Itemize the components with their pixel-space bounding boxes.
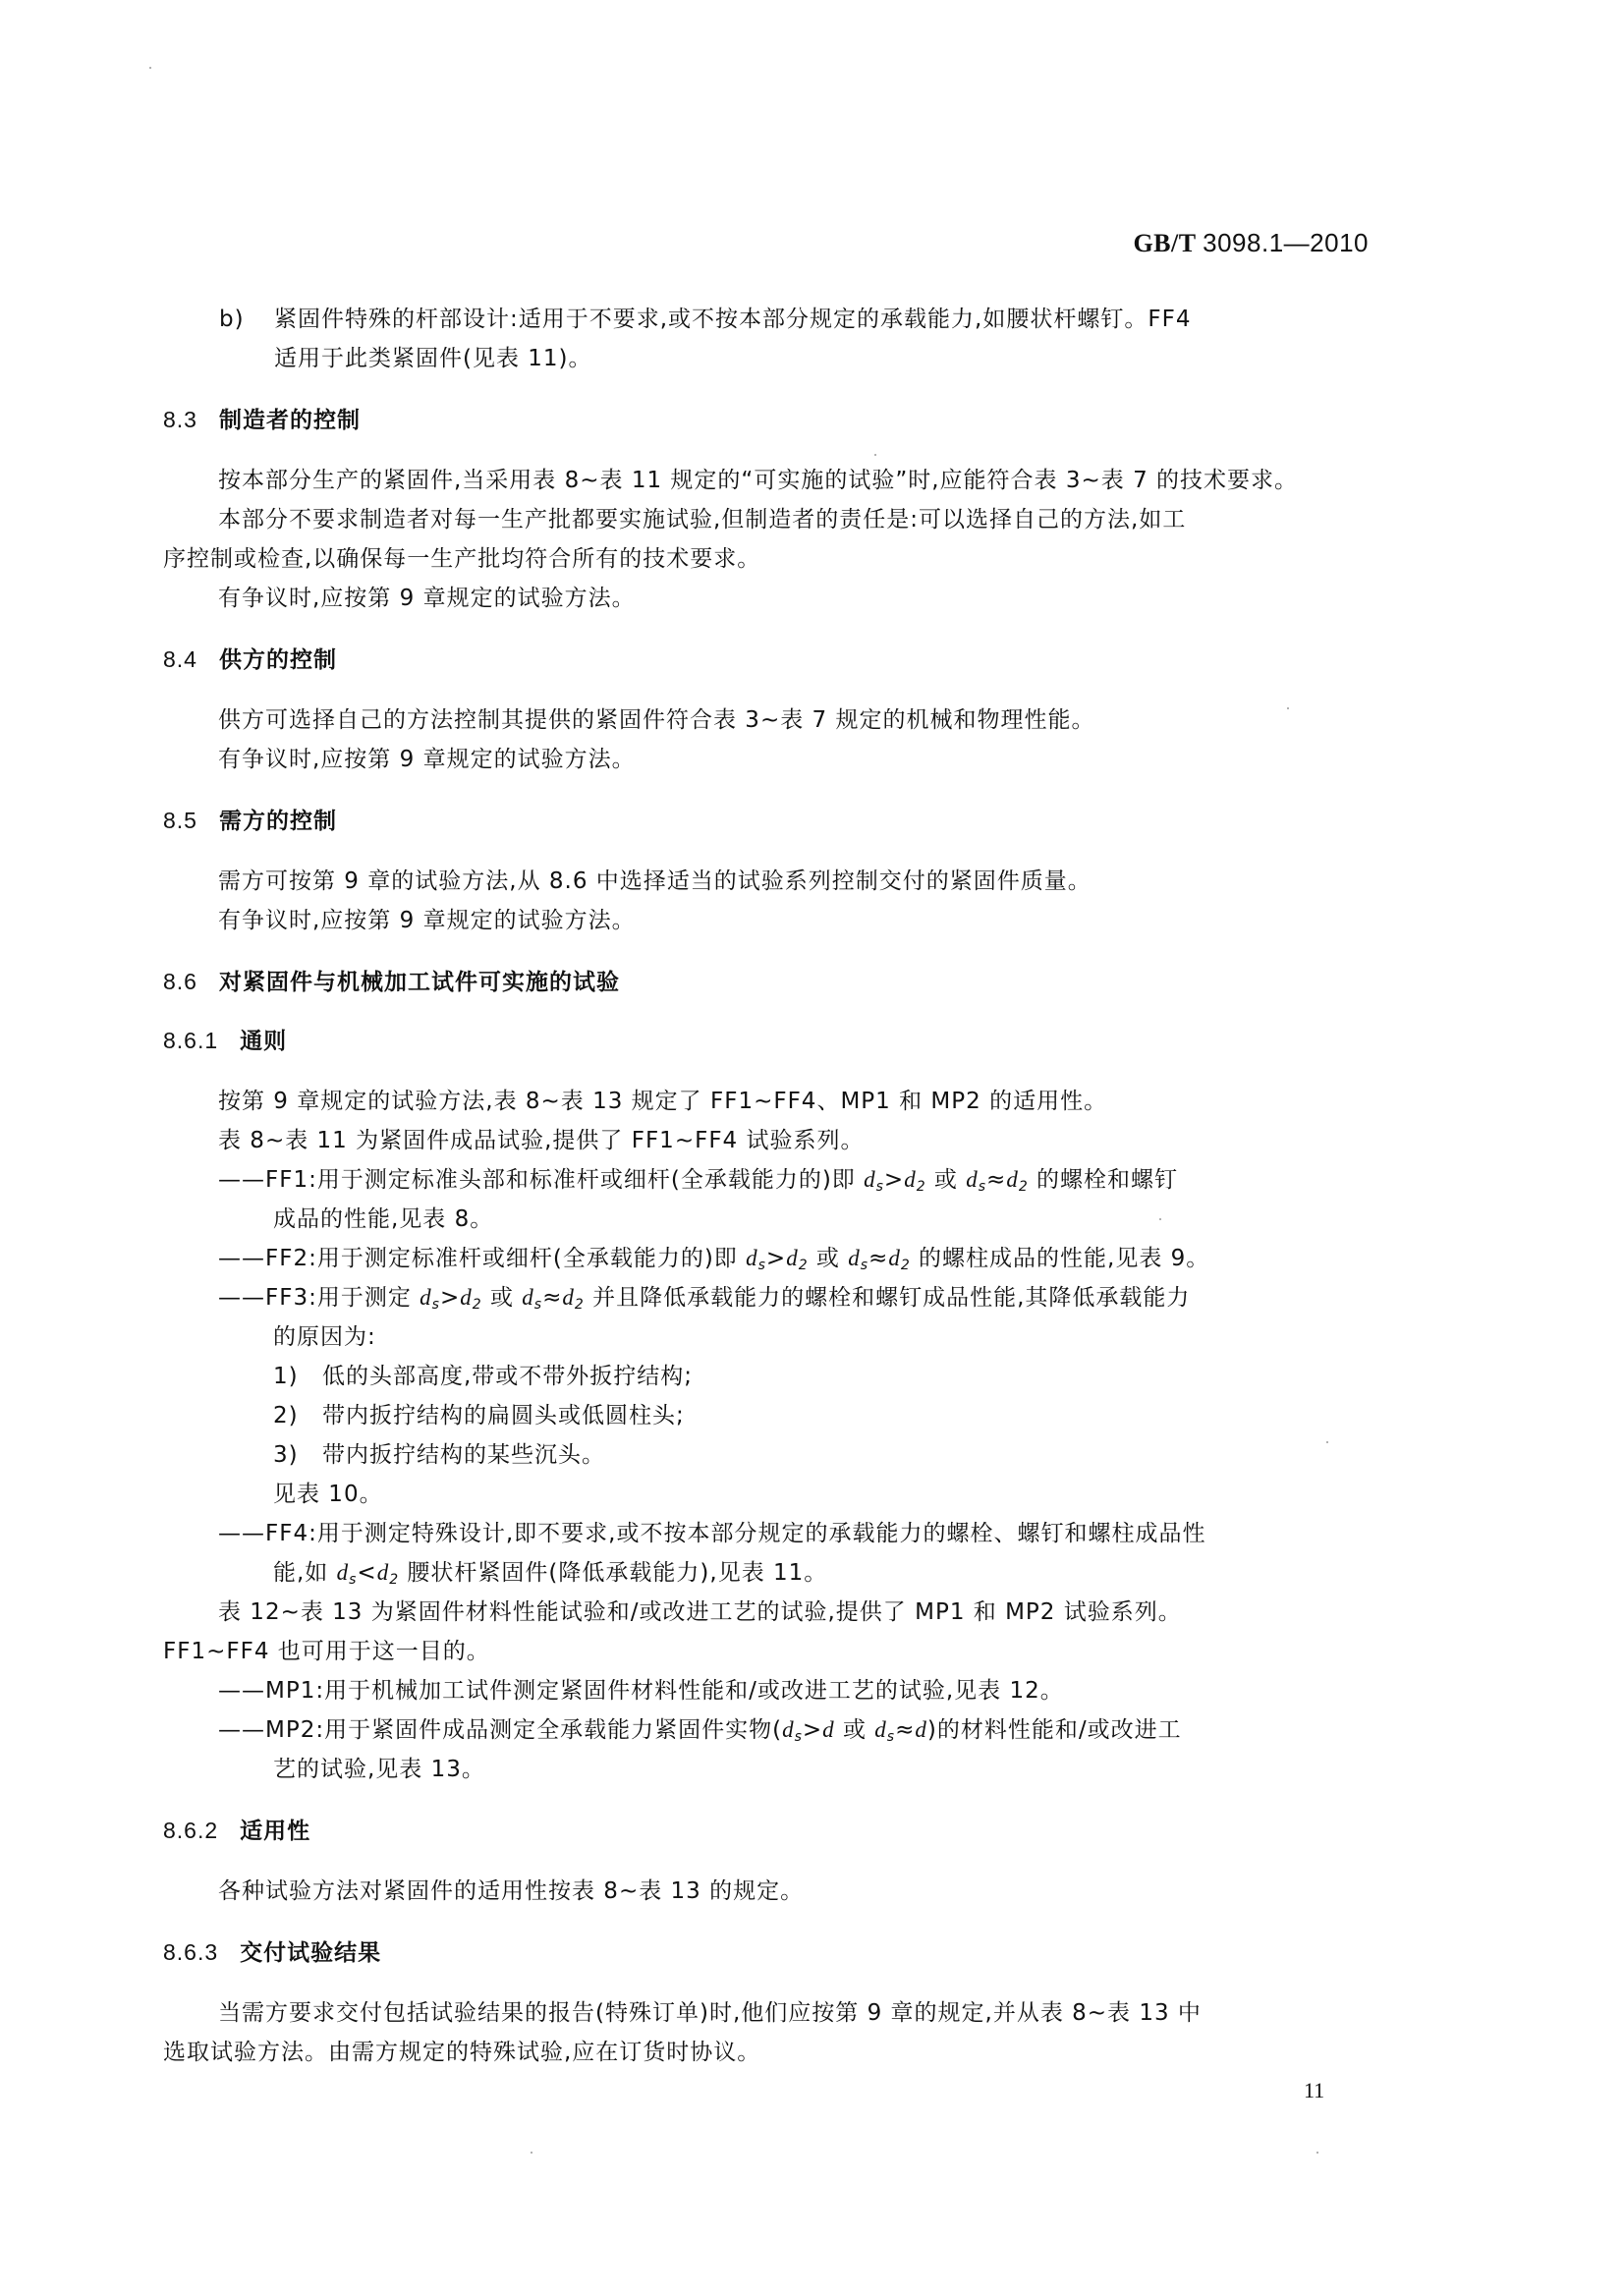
- scan-speck: [1316, 2152, 1318, 2154]
- list-label: 3): [273, 1440, 322, 1470]
- mp1-line: ——MP1:用于机械加工试件测定紧固件材料性能和/或改进工艺的试验,见表 12。: [218, 1676, 1064, 1706]
- item-b-text: 紧固件特殊的杆部设计:适用于不要求,或不按本部分规定的承载能力,如腰状杆螺钉。F…: [274, 307, 1191, 332]
- paragraph: 有争议时,应按第 9 章规定的试验方法。: [218, 745, 636, 774]
- math-op: ≈: [868, 1246, 888, 1271]
- math-d: d: [786, 1246, 799, 1270]
- section-number: 8.6.2: [163, 1816, 218, 1845]
- math-d: d: [522, 1285, 534, 1310]
- text: 腰状杆紧固件(降低承载能力),见表 11。: [399, 1560, 827, 1586]
- ff3-line1: ——FF3:用于测定 ds>d2 或 ds≈d2 并且降低承载能力的螺栓和螺钉成…: [218, 1283, 1190, 1319]
- math-sub: s: [887, 1729, 895, 1745]
- paragraph: 表 12~表 13 为紧固件材料性能试验和/或改进工艺的试验,提供了 MP1 和…: [218, 1597, 1182, 1627]
- text: )的材料性能和/或改进工: [927, 1717, 1182, 1743]
- section-title: 适用性: [240, 1819, 310, 1844]
- math-d: d: [848, 1246, 861, 1270]
- scan-speck: [149, 67, 151, 69]
- section-number: 8.6.1: [163, 1026, 218, 1055]
- section-title: 通则: [240, 1029, 287, 1054]
- math-d: d: [874, 1717, 887, 1742]
- text: 能,如: [273, 1560, 337, 1586]
- math-sub: s: [876, 1179, 884, 1195]
- math-d: d: [460, 1285, 473, 1310]
- math-sub: s: [758, 1258, 766, 1273]
- section-number: 8.5: [163, 806, 197, 835]
- ff2-line: ——FF2:用于测定标准杆或细杆(全承载能力的)即 ds>d2 或 ds≈d2 …: [218, 1244, 1209, 1280]
- paragraph: 本部分不要求制造者对每一生产批都要实施试验,但制造者的责任是:可以选择自己的方法…: [218, 505, 1186, 534]
- paragraph: 按第 9 章规定的试验方法,表 8~表 13 规定了 FF1~FF4、MP1 和…: [218, 1087, 1107, 1116]
- reason-item-3: 3)带内扳拧结构的某些沉头。: [273, 1440, 605, 1470]
- math-d: d: [904, 1167, 917, 1192]
- scan-speck: [1287, 707, 1289, 709]
- reason-item-2: 2)带内扳拧结构的扁圆头或低圆柱头;: [273, 1401, 685, 1430]
- text: 或: [809, 1246, 849, 1271]
- math-op: ≈: [986, 1167, 1006, 1193]
- paragraph: 有争议时,应按第 9 章规定的试验方法。: [218, 584, 636, 613]
- mp2-line2: 艺的试验,见表 13。: [273, 1755, 485, 1784]
- math-d: d: [420, 1285, 432, 1310]
- math-sub: 2: [389, 1572, 399, 1588]
- math-d: d: [822, 1717, 835, 1742]
- text: ——FF2:用于测定标准杆或细杆(全承载能力的)即: [218, 1246, 746, 1271]
- ff1-line1: ——FF1:用于测定标准头部和标准杆或细杆(全承载能力的)即 ds>d2 或 d…: [218, 1165, 1178, 1202]
- document-page: GB/T 3098.1—2010 b)紧固件特殊的杆部设计:适用于不要求,或不按…: [0, 0, 1624, 2296]
- text: ——MP2:用于紧固件成品测定全承载能力紧固件实物(: [218, 1717, 782, 1743]
- math-d: d: [966, 1167, 979, 1192]
- scan-speck: [1159, 1218, 1161, 1220]
- paragraph: 需方可按第 9 章的试验方法,从 8.6 中选择适当的试验系列控制交付的紧固件质…: [218, 867, 1092, 896]
- standard-code: GB/T 3098.1—2010: [1133, 228, 1369, 258]
- text: 并且降低承载能力的螺栓和螺钉成品性能,其降低承载能力: [585, 1285, 1191, 1311]
- page-number: 11: [1304, 2078, 1324, 2103]
- paragraph: 当需方要求交付包括试验结果的报告(特殊订单)时,他们应按第 9 章的规定,并从表…: [218, 1998, 1202, 2028]
- math-sub: s: [979, 1179, 986, 1195]
- standard-number: 3098.1—2010: [1203, 228, 1369, 257]
- math-d: d: [377, 1560, 390, 1585]
- paragraph: FF1~FF4 也可用于这一目的。: [163, 1637, 490, 1666]
- reason-item-1: 1)低的头部高度,带或不带外扳拧结构;: [273, 1362, 693, 1391]
- item-b-label: b): [219, 305, 274, 334]
- list-text: 带内扳拧结构的扁圆头或低圆柱头;: [322, 1403, 685, 1428]
- ff1-line2: 成品的性能,见表 8。: [273, 1204, 493, 1234]
- list-label: 2): [273, 1401, 322, 1430]
- item-b-line1: b)紧固件特殊的杆部设计:适用于不要求,或不按本部分规定的承载能力,如腰状杆螺钉…: [219, 305, 1191, 334]
- math-d: d: [864, 1167, 876, 1192]
- section-heading-8-6-3: 8.6.3交付试验结果: [163, 1937, 381, 1968]
- section-number: 8.6: [163, 967, 197, 996]
- text: 或: [835, 1717, 875, 1743]
- math-sub: 2: [901, 1258, 911, 1273]
- math-d: d: [746, 1246, 758, 1270]
- text: 或: [926, 1167, 967, 1193]
- list-label: 1): [273, 1362, 322, 1391]
- paragraph: 表 8~表 11 为紧固件成品试验,提供了 FF1~FF4 试验系列。: [218, 1126, 865, 1155]
- math-sub: s: [534, 1297, 542, 1313]
- math-sub: 2: [799, 1258, 809, 1273]
- math-op: >: [884, 1167, 904, 1193]
- section-number: 8.4: [163, 644, 197, 674]
- section-number: 8.3: [163, 405, 197, 434]
- math-d: d: [782, 1717, 795, 1742]
- section-title: 对紧固件与机械加工试件可实施的试验: [219, 970, 620, 995]
- section-title: 制造者的控制: [219, 408, 361, 433]
- text: ——FF1:用于测定标准头部和标准杆或细杆(全承载能力的)即: [218, 1167, 864, 1193]
- section-heading-8-6: 8.6对紧固件与机械加工试件可实施的试验: [163, 967, 620, 997]
- text: 的螺栓和螺钉: [1029, 1167, 1178, 1193]
- paragraph: 序控制或检查,以确保每一生产批均符合所有的技术要求。: [163, 544, 760, 574]
- list-text: 带内扳拧结构的某些沉头。: [322, 1442, 605, 1468]
- section-title: 需方的控制: [219, 809, 337, 834]
- math-op: <: [357, 1560, 376, 1586]
- math-sub: 2: [1019, 1179, 1029, 1195]
- math-op: >: [766, 1246, 786, 1271]
- item-b-line2: 适用于此类紧固件(见表 11)。: [274, 344, 592, 373]
- section-heading-8-6-1: 8.6.1通则: [163, 1026, 287, 1056]
- math-sub: 2: [575, 1297, 585, 1313]
- math-d: d: [562, 1285, 575, 1310]
- paragraph: 按本部分生产的紧固件,当采用表 8~表 11 规定的“可实施的试验”时,应能符合…: [218, 466, 1298, 495]
- see-table-10: 见表 10。: [273, 1480, 383, 1509]
- paragraph: 选取试验方法。由需方规定的特殊试验,应在订货时协议。: [163, 2038, 760, 2067]
- paragraph: 各种试验方法对紧固件的适用性按表 8~表 13 的规定。: [218, 1876, 804, 1906]
- standard-prefix: GB/T: [1133, 229, 1196, 257]
- math-op: ≈: [542, 1285, 562, 1311]
- text: 的螺柱成品的性能,见表 9。: [911, 1246, 1210, 1271]
- math-d: d: [888, 1246, 901, 1270]
- text: 或: [482, 1285, 523, 1311]
- scan-speck: [1326, 1441, 1328, 1443]
- math-d: d: [915, 1717, 927, 1742]
- math-d: d: [337, 1560, 350, 1585]
- section-number: 8.6.3: [163, 1937, 218, 1967]
- list-text: 低的头部高度,带或不带外扳拧结构;: [322, 1364, 693, 1389]
- paragraph: 有争议时,应按第 9 章规定的试验方法。: [218, 906, 636, 935]
- section-heading-8-3: 8.3制造者的控制: [163, 405, 361, 435]
- math-d: d: [1006, 1167, 1019, 1192]
- ff3-line2: 的原因为:: [273, 1322, 376, 1352]
- mp2-line1: ——MP2:用于紧固件成品测定全承载能力紧固件实物(ds>d 或 ds≈d)的材…: [218, 1715, 1182, 1752]
- math-sub: 2: [917, 1179, 926, 1195]
- section-title: 供方的控制: [219, 647, 337, 673]
- math-sub: s: [432, 1297, 440, 1313]
- text: ——FF3:用于测定: [218, 1285, 420, 1311]
- math-op: ≈: [895, 1717, 915, 1743]
- math-sub: s: [861, 1258, 868, 1273]
- ff4-line2: 能,如 ds<d2 腰状杆紧固件(降低承载能力),见表 11。: [273, 1558, 827, 1595]
- section-heading-8-4: 8.4供方的控制: [163, 644, 337, 675]
- section-title: 交付试验结果: [240, 1940, 381, 1966]
- scan-speck: [531, 2152, 532, 2154]
- math-op: >: [803, 1717, 822, 1743]
- ff4-line1: ——FF4:用于测定特殊设计,即不要求,或不按本部分规定的承载能力的螺栓、螺钉和…: [218, 1519, 1205, 1548]
- paragraph: 供方可选择自己的方法控制其提供的紧固件符合表 3~表 7 规定的机械和物理性能。: [218, 705, 1094, 735]
- math-op: >: [440, 1285, 460, 1311]
- math-sub: s: [795, 1729, 803, 1745]
- math-sub: 2: [473, 1297, 482, 1313]
- section-heading-8-6-2: 8.6.2适用性: [163, 1816, 310, 1846]
- scan-speck: [874, 454, 876, 456]
- section-heading-8-5: 8.5需方的控制: [163, 806, 337, 836]
